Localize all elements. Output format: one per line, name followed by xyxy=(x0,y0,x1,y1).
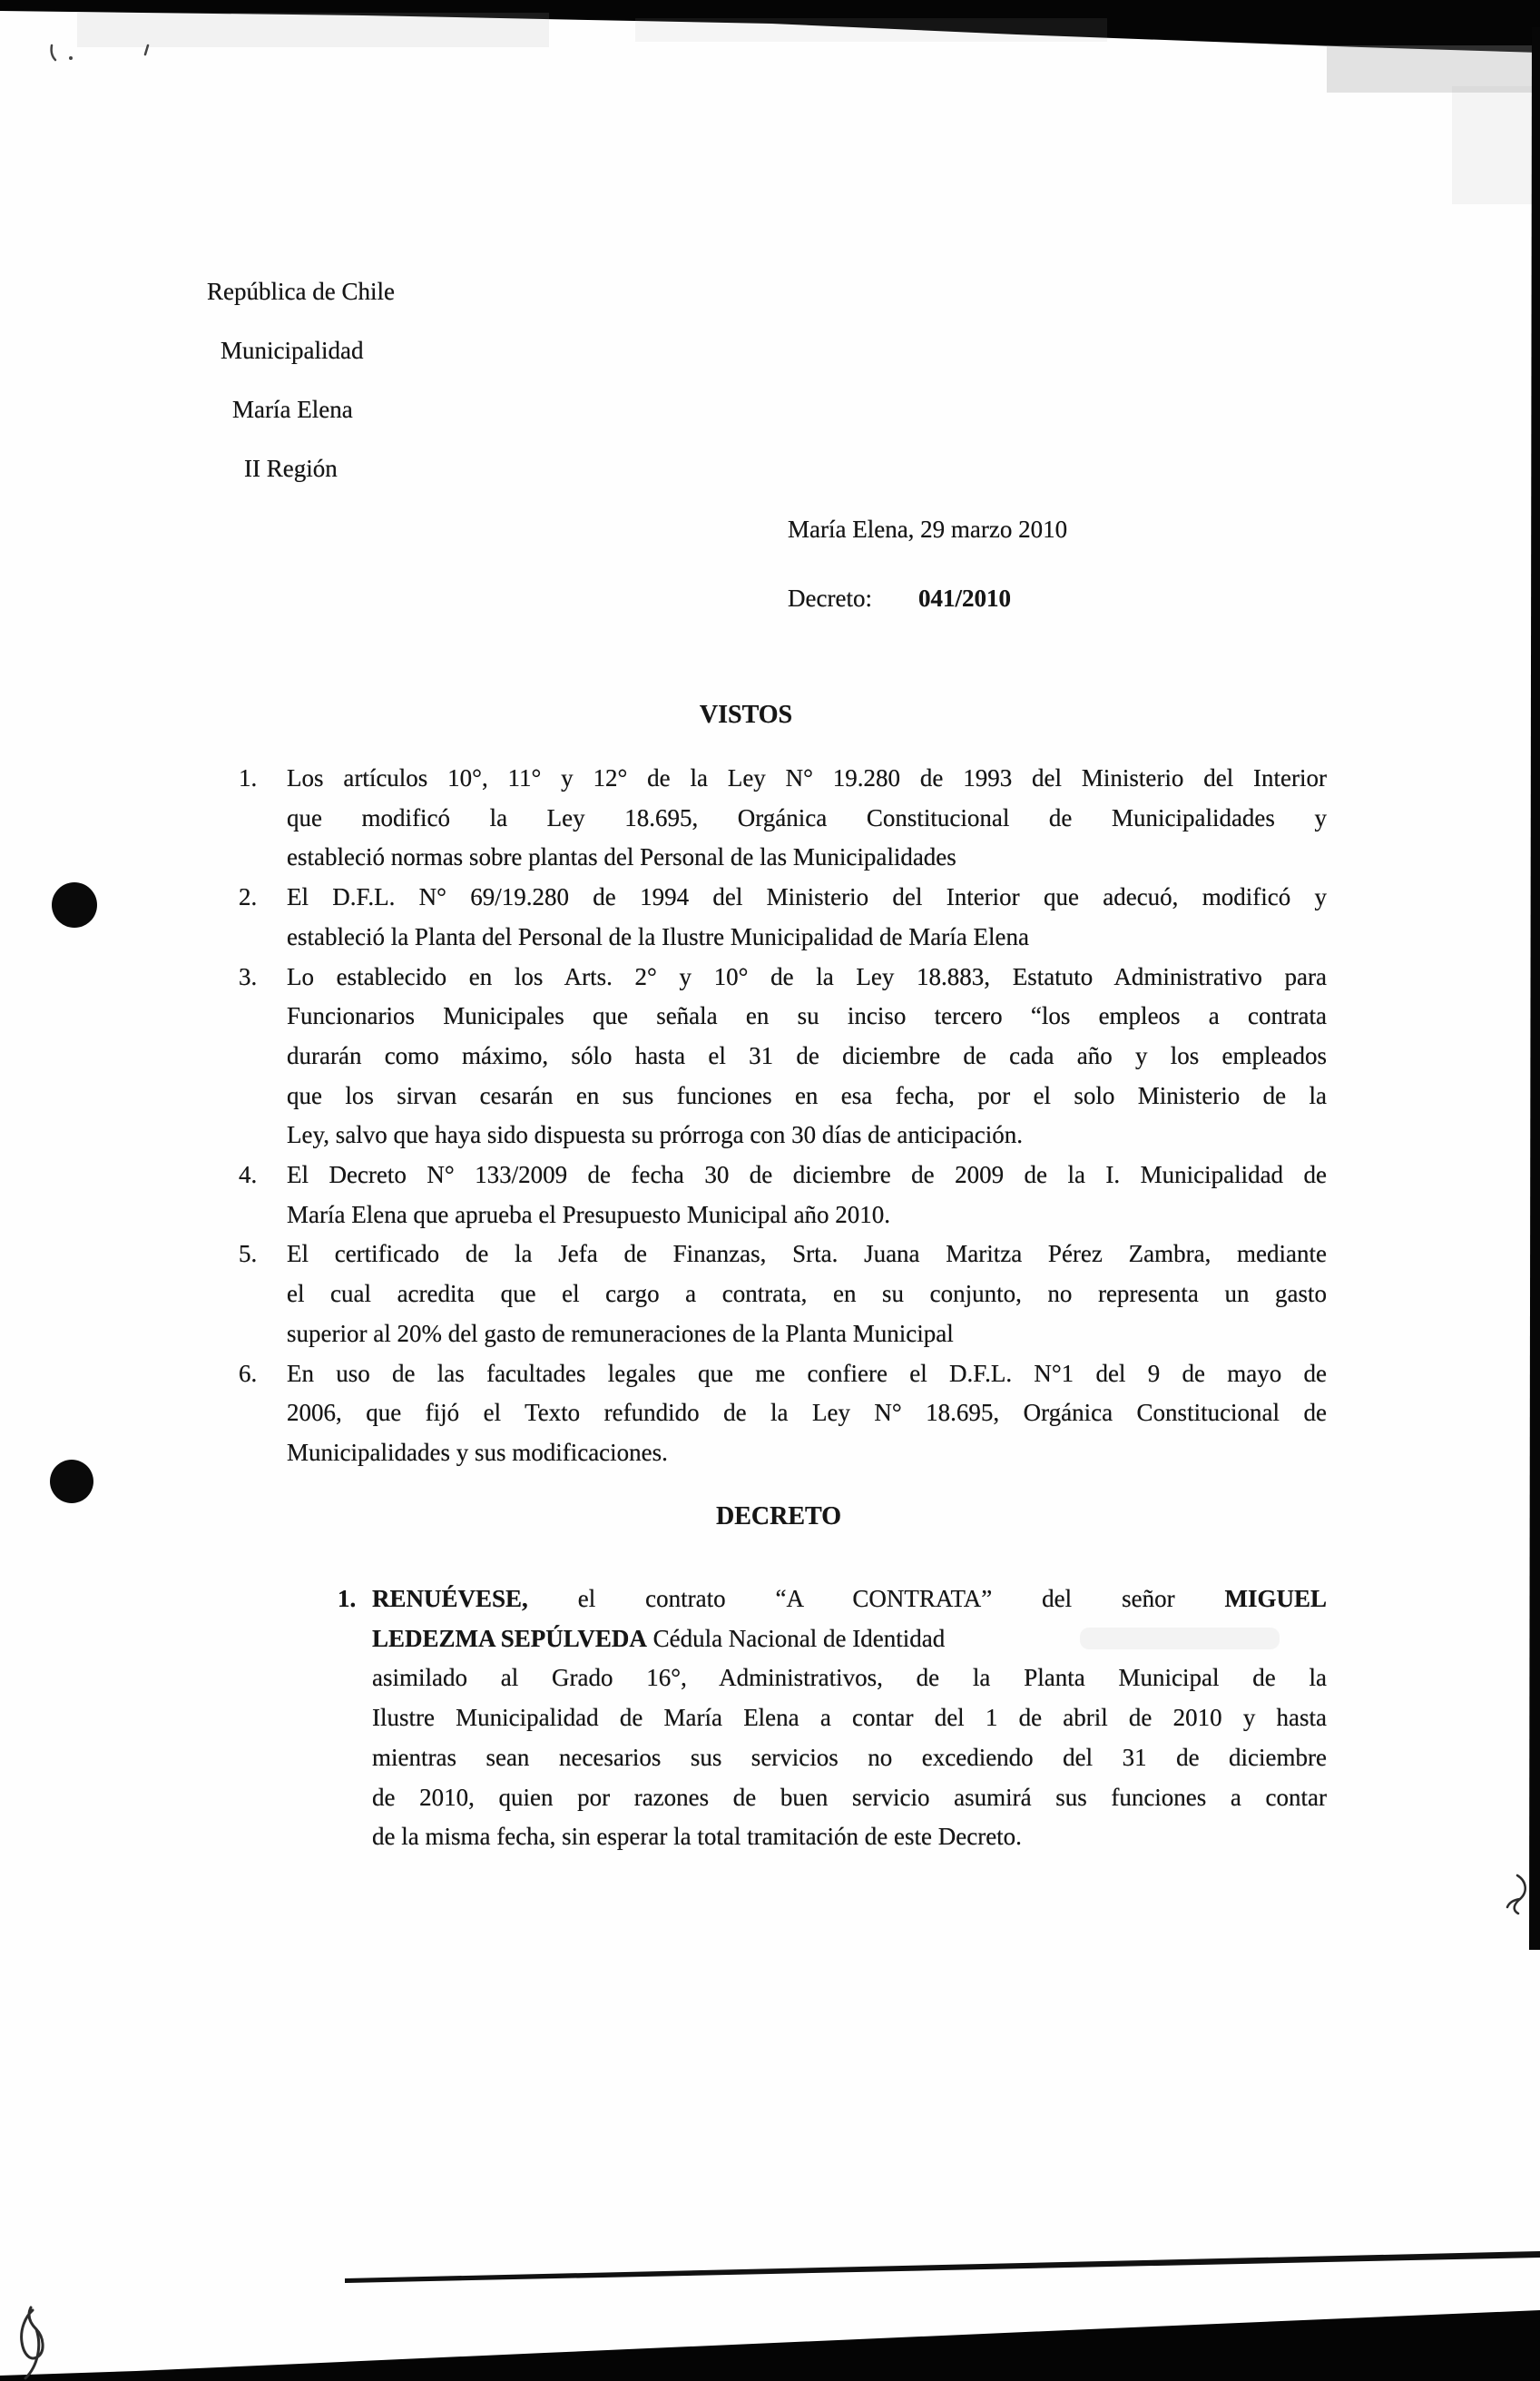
text-line: El Decreto N° 133/2009 de fecha 30 de di… xyxy=(287,1156,1327,1195)
text-line: mientras sean necesarios sus servicios n… xyxy=(372,1738,1327,1778)
vistos-item-5: 5. El certificado de la Jefa de Finanzas… xyxy=(239,1235,1327,1353)
text-line: María Elena que aprueba el Presupuesto M… xyxy=(287,1195,1327,1235)
pen-tick-marks xyxy=(52,45,148,60)
text-line: que modificó la Ley 18.695, Orgánica Con… xyxy=(287,799,1327,839)
keyword-renuevese: RENUÉVESE, xyxy=(372,1585,528,1612)
vistos-item-3: 3. Lo establecido en los Arts. 2° y 10° … xyxy=(239,958,1327,1156)
person-name-part: MIGUEL xyxy=(1224,1585,1327,1612)
text-line: de la misma fecha, sin esperar la total … xyxy=(372,1817,1327,1857)
letterhead-city: María Elena xyxy=(232,390,353,430)
scan-right-edge-strip xyxy=(1529,27,1540,1950)
text-line: Ilustre Municipalidad de María Elena a c… xyxy=(372,1698,1327,1738)
text-line: El certificado de la Jefa de Finanzas, S… xyxy=(287,1235,1327,1274)
decreto-list: 1. RENUÉVESE, el contrato “A CONTRATA” d… xyxy=(338,1579,1327,1857)
decree-label: Decreto: xyxy=(788,579,872,619)
vistos-item-1: 1. Los artículos 10°, 11° y 12° de la Le… xyxy=(239,759,1327,878)
scan-top-edge-band xyxy=(0,0,1540,204)
vistos-title: VISTOS xyxy=(700,701,792,730)
decreto-title: DECRETO xyxy=(716,1502,841,1531)
text-line: de 2010, quien por razones de buen servi… xyxy=(372,1778,1327,1818)
text-line: Lo establecido en los Arts. 2° y 10° de … xyxy=(287,958,1327,998)
text-segment: el contrato “A CONTRATA” del señor xyxy=(578,1585,1225,1612)
vistos-item-6: 6. En uso de las facultades legales que … xyxy=(239,1354,1327,1473)
punch-hole-dot xyxy=(52,882,97,928)
vistos-item-4: 4. El Decreto N° 133/2009 de fecha 30 de… xyxy=(239,1156,1327,1235)
decreto-item-1: 1. RENUÉVESE, el contrato “A CONTRATA” d… xyxy=(338,1579,1327,1857)
person-name-part: LEDEZMA SEPÚLVEDA xyxy=(372,1625,647,1652)
text-segment: Cédula Nacional de Identidad xyxy=(653,1625,946,1652)
text-line: Ley, salvo que haya sido dispuesta su pr… xyxy=(287,1116,1327,1156)
text-line: durarán como máximo, sólo hasta el 31 de… xyxy=(287,1037,1327,1077)
text-line: Funcionarios Municipales que señala en s… xyxy=(287,997,1327,1037)
text-line: estableció la Planta del Personal de la … xyxy=(287,918,1327,958)
decree-number: 041/2010 xyxy=(918,579,1011,619)
item-number: 3. xyxy=(239,958,257,998)
item-number: 1. xyxy=(239,759,257,799)
text-line: El D.F.L. N° 69/19.280 de 1994 del Minis… xyxy=(287,878,1327,918)
vistos-list: 1. Los artículos 10°, 11° y 12° de la Le… xyxy=(239,759,1327,1473)
text-line: asimilado al Grado 16°, Administrativos,… xyxy=(372,1658,1327,1698)
text-line: superior al 20% del gasto de remuneracio… xyxy=(287,1314,1327,1354)
vistos-item-2: 2. El D.F.L. N° 69/19.280 de 1994 del Mi… xyxy=(239,878,1327,957)
text-line: LEDEZMA SEPÚLVEDA Cédula Nacional de Ide… xyxy=(372,1619,1327,1659)
text-line: En uso de las facultades legales que me … xyxy=(287,1354,1327,1394)
punch-hole-dot xyxy=(50,1460,93,1503)
scan-bottom-edge-wedge xyxy=(0,2251,1540,2381)
text-line: Municipalidades y sus modificaciones. xyxy=(287,1433,1327,1473)
text-line: el cual acredita que el cargo a contrata… xyxy=(287,1274,1327,1314)
letterhead-country: República de Chile xyxy=(207,272,395,312)
text-line: Los artículos 10°, 11° y 12° de la Ley N… xyxy=(287,759,1327,799)
signature-squiggle-mark xyxy=(22,2307,43,2378)
letterhead-institution: Municipalidad xyxy=(221,331,363,371)
text-line: RENUÉVESE, el contrato “A CONTRATA” del … xyxy=(372,1579,1327,1619)
document-page: República de Chile Municipalidad María E… xyxy=(0,0,1540,2381)
text-line: estableció normas sobre plantas del Pers… xyxy=(287,838,1327,878)
item-number: 6. xyxy=(239,1354,257,1394)
dateline: María Elena, 29 marzo 2010 xyxy=(788,510,1067,550)
item-number: 1. xyxy=(338,1579,356,1619)
item-number: 4. xyxy=(239,1156,257,1195)
item-number: 2. xyxy=(239,878,257,918)
pen-hook-mark xyxy=(1507,1875,1525,1914)
item-number: 5. xyxy=(239,1235,257,1274)
text-line: 2006, que fijó el Texto refundido de la … xyxy=(287,1393,1327,1433)
text-line: que los sirvan cesarán en sus funciones … xyxy=(287,1077,1327,1117)
letterhead-region: II Región xyxy=(244,449,338,489)
